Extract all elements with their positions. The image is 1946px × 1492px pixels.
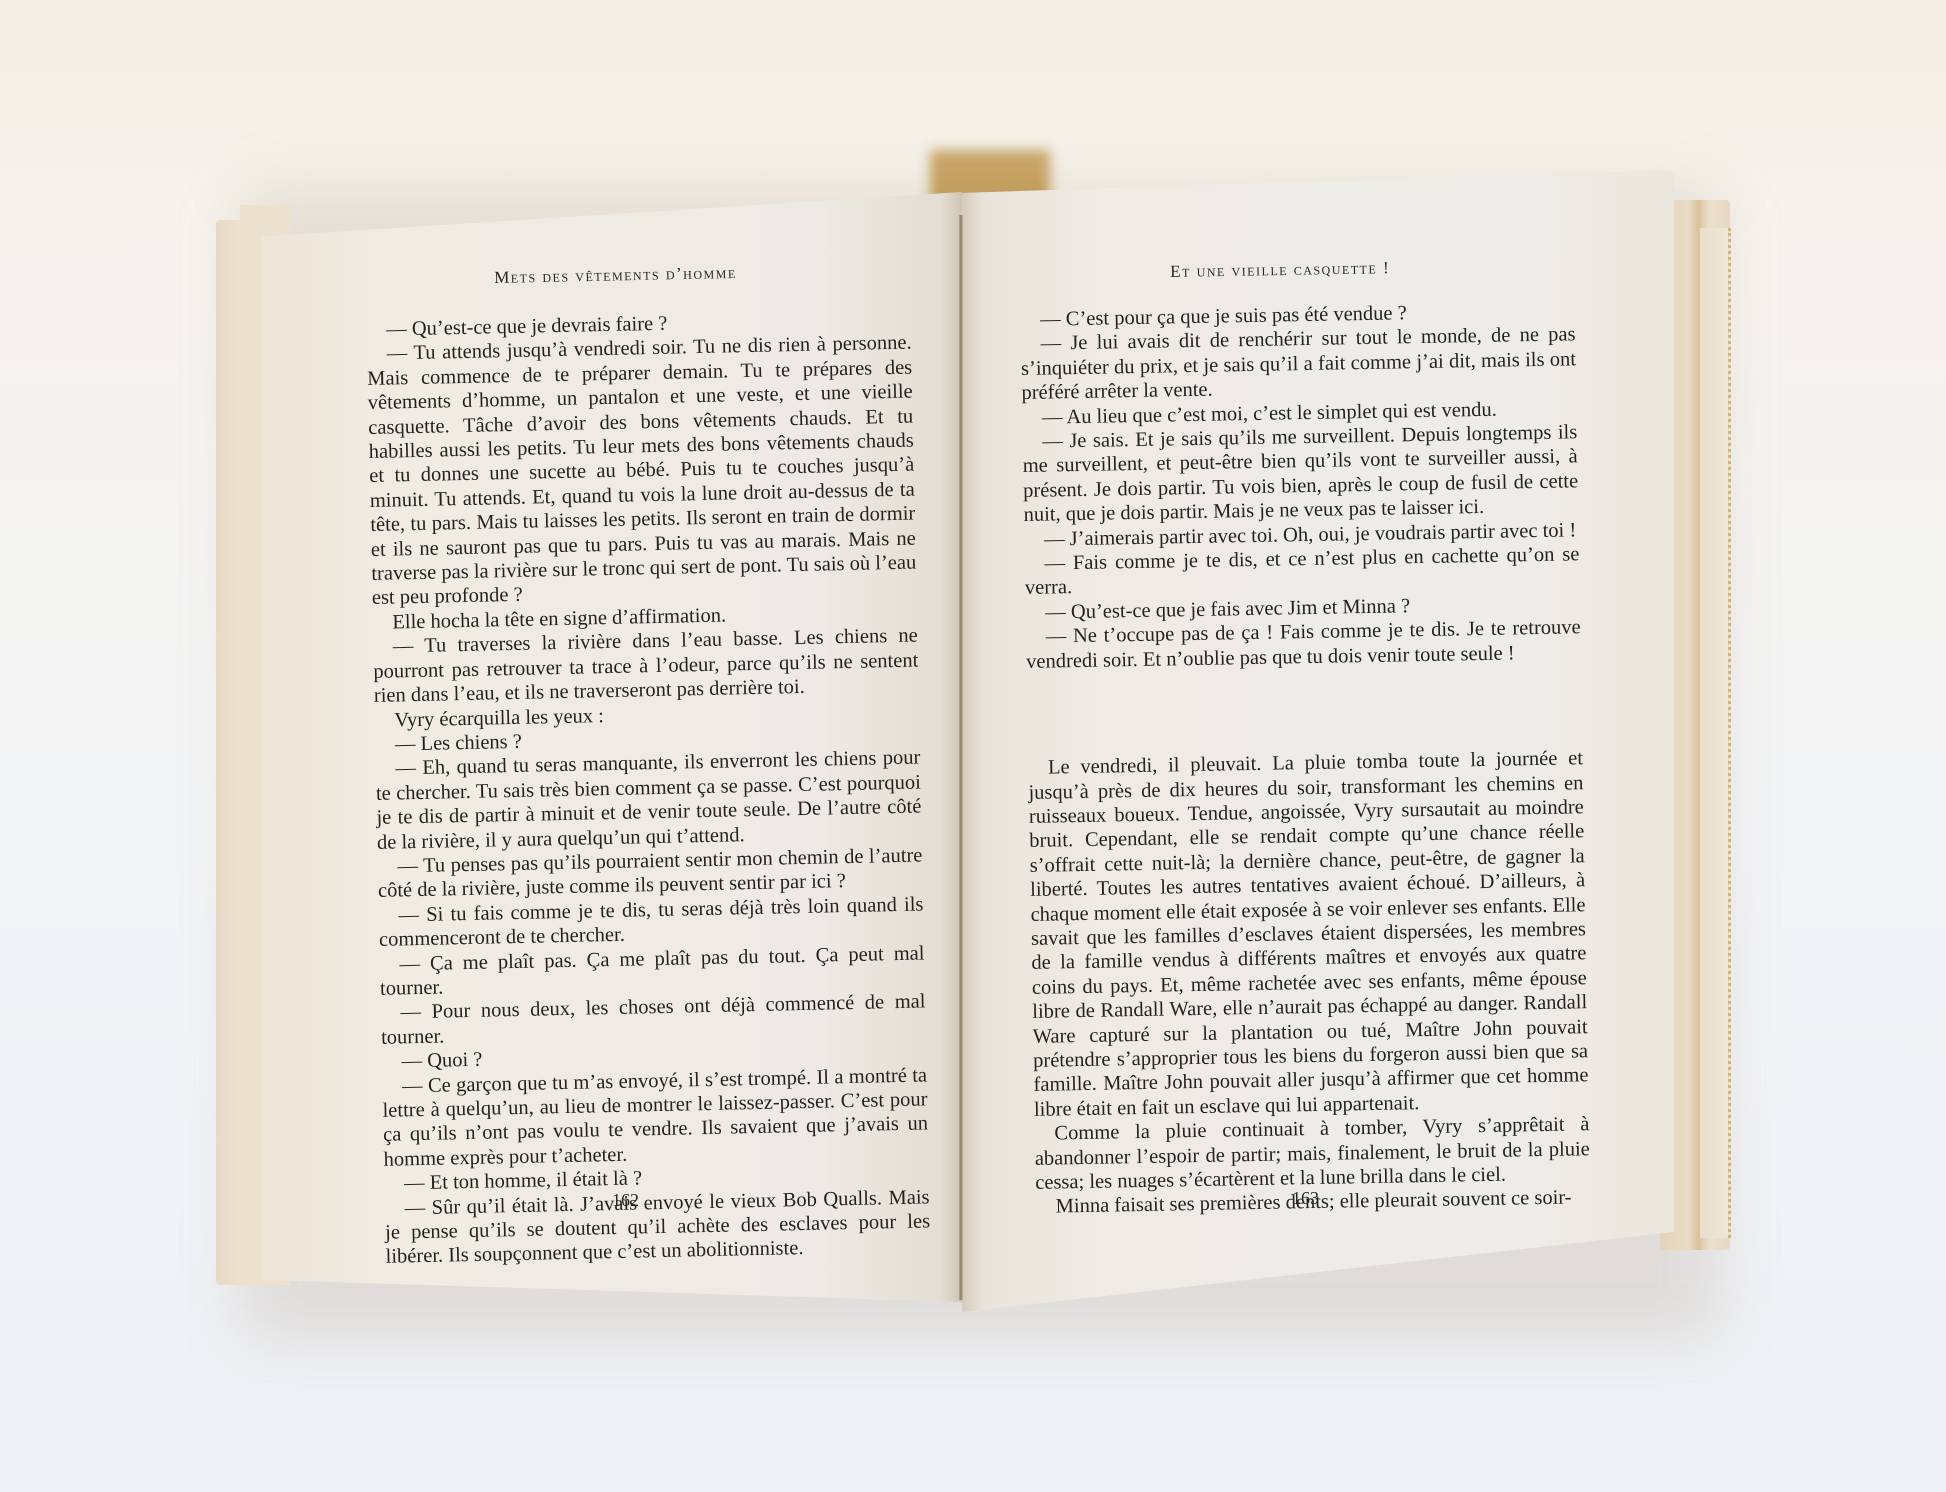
- right-running-head: Et une vieille casquette !: [1170, 258, 1390, 282]
- right-page-number: 163: [1292, 1188, 1319, 1209]
- book-gutter: [959, 215, 963, 1300]
- right-page-stack-edge-outer: [1700, 228, 1731, 1238]
- paragraph: — Ce garçon que tu m’as envoyé, il s’est…: [382, 1063, 929, 1172]
- paragraph: — Tu attends jusqu’à vendredi soir. Tu n…: [367, 331, 918, 611]
- paragraph: — Ne t’occupe pas de ça ! Fais comme je …: [1026, 616, 1582, 674]
- paragraph: — Je lui avais dit de renchérir sur tout…: [1020, 323, 1576, 406]
- paragraph: Le vendredi, il pleuvait. La pluie tomba…: [1028, 746, 1589, 1122]
- paragraph: — Sûr qu’il était là. J’avais envoyé le …: [384, 1185, 930, 1270]
- paragraph: Comme la pluie continuait à tomber, Vyry…: [1034, 1112, 1590, 1195]
- paragraph: — Je sais. Et je sais qu’ils me surveill…: [1022, 420, 1579, 527]
- left-page-text: — Qu’est-ce que je devrais faire ? — Tu …: [366, 307, 931, 1270]
- paragraph: — Tu traverses la rivière dans l’eau bas…: [373, 624, 919, 709]
- section-break: [1026, 664, 1582, 756]
- left-page-number: 162: [612, 1190, 639, 1211]
- paragraph: — Eh, quand tu seras manquante, ils enve…: [375, 746, 922, 855]
- right-page-text: — C’est pour ça que je suis pas été vend…: [1020, 298, 1591, 1219]
